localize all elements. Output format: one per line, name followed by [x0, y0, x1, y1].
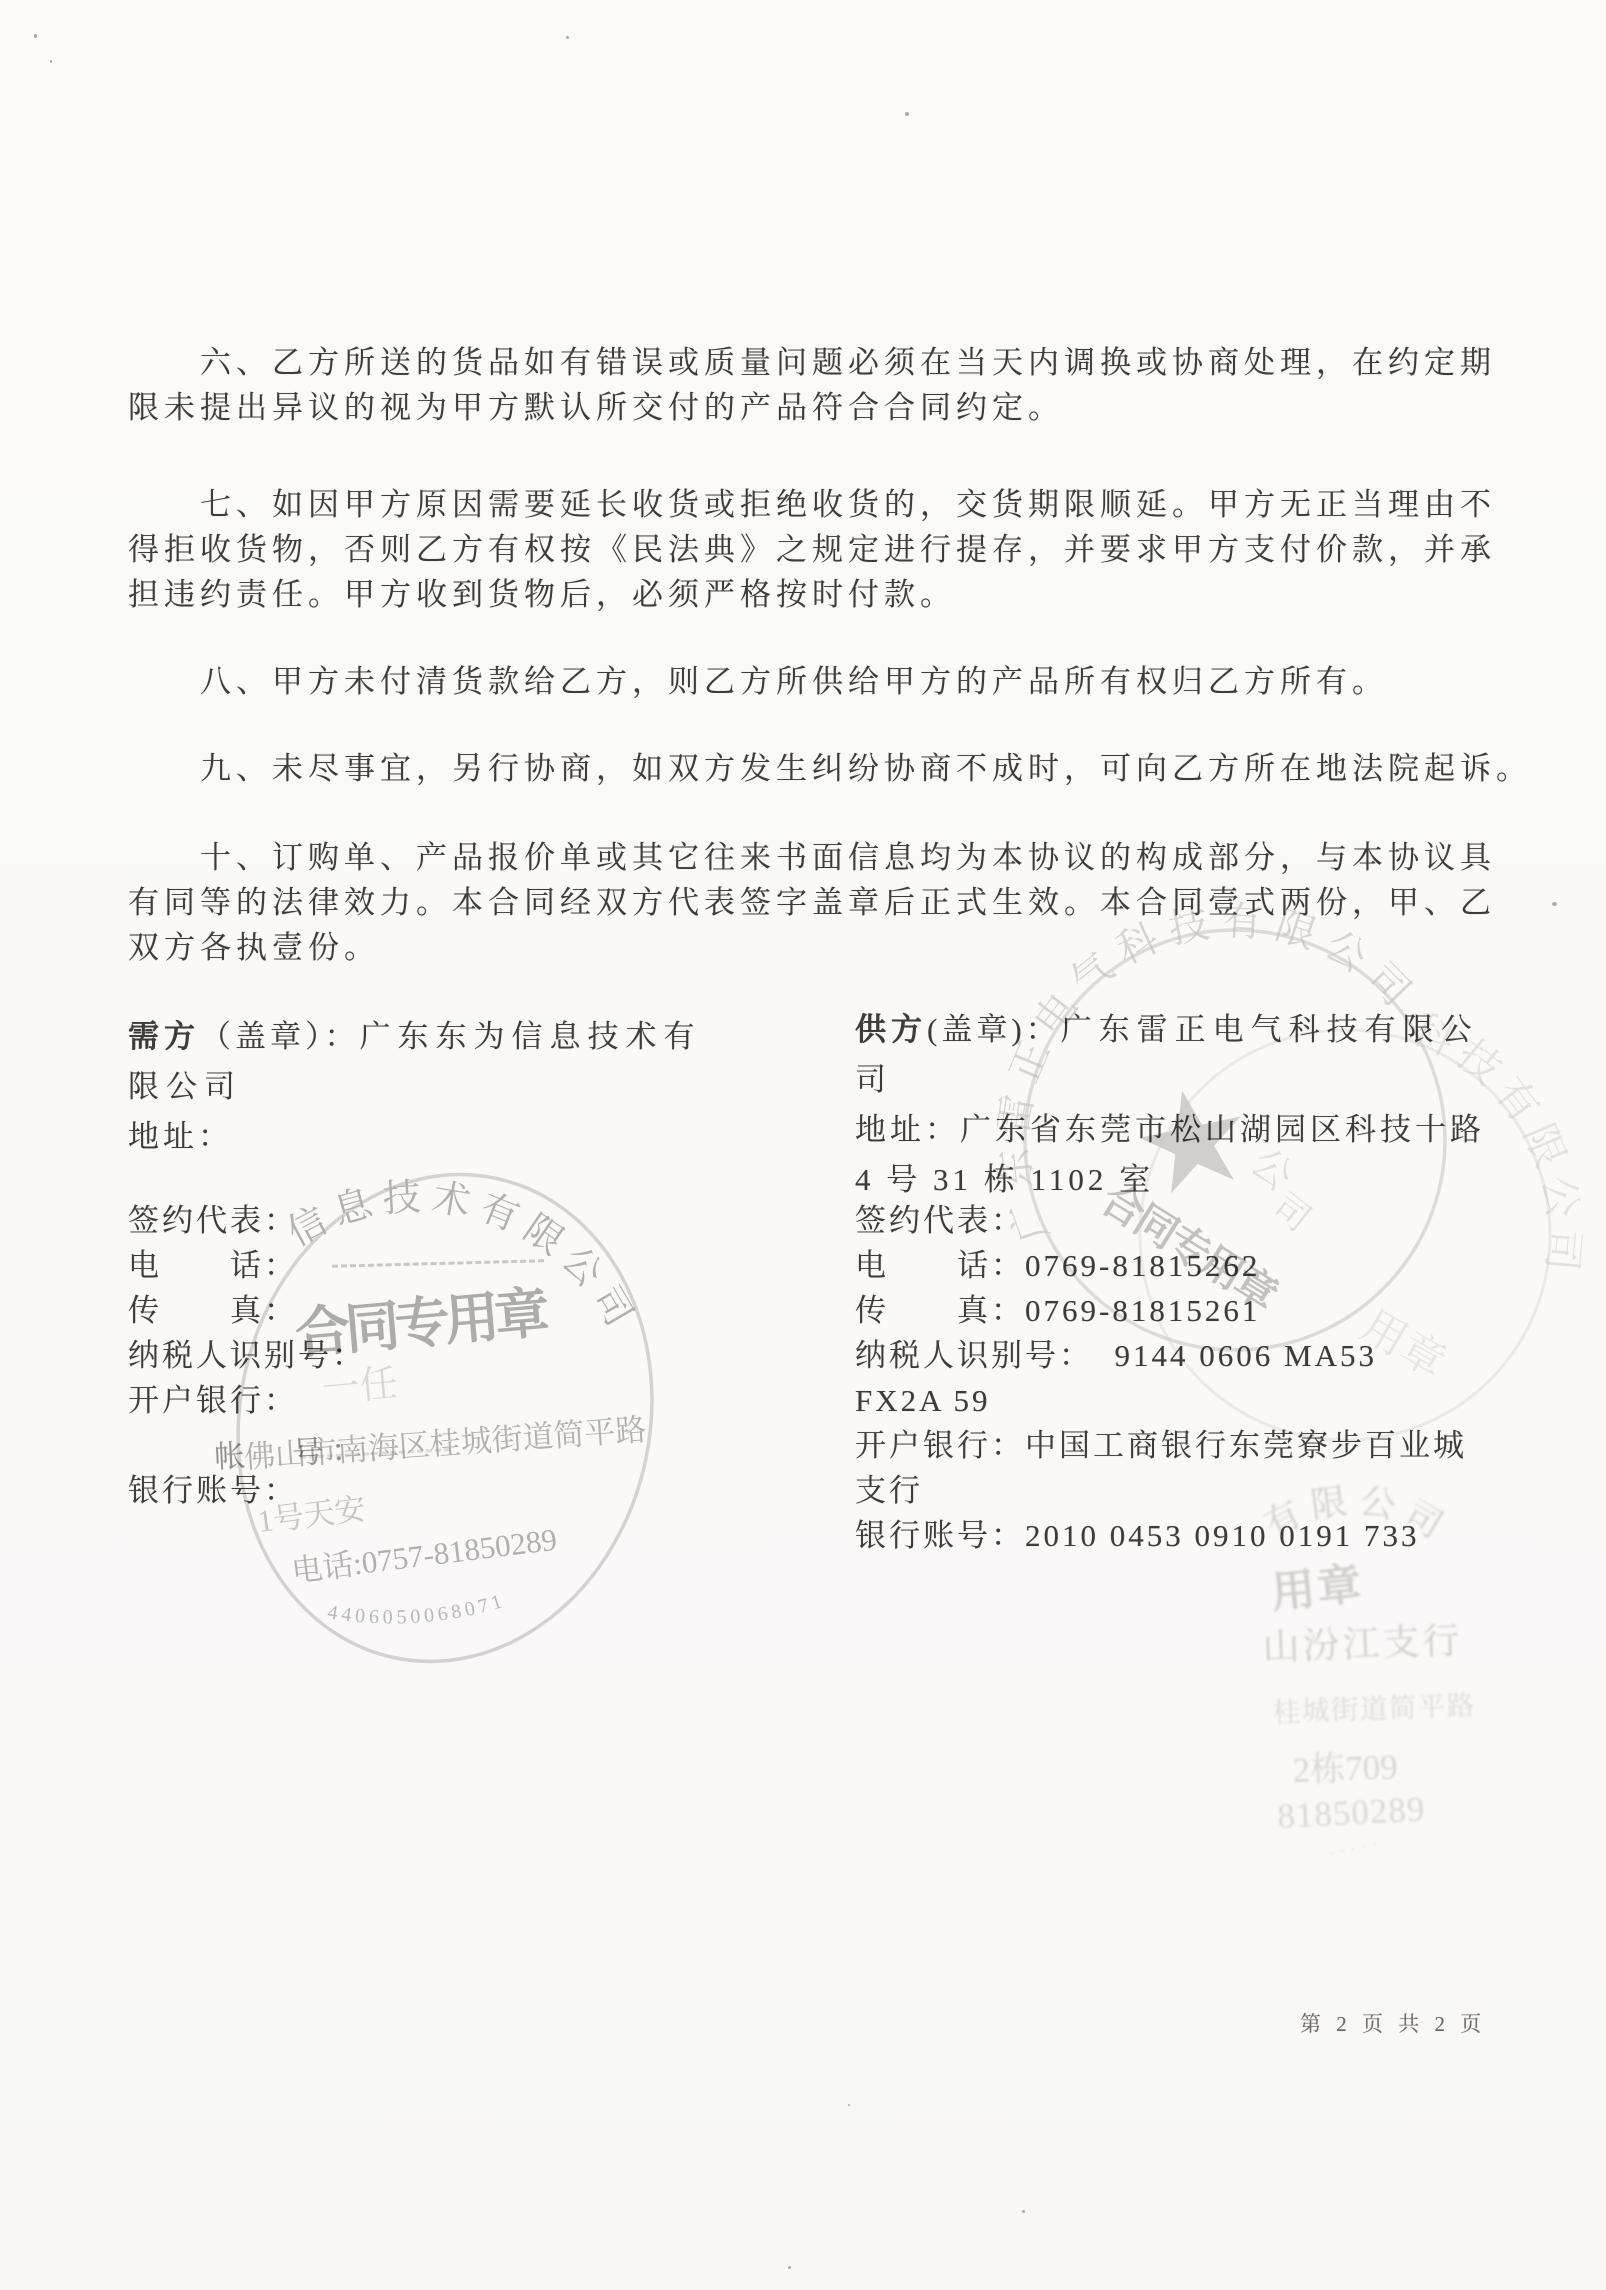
field-label: 纳税人识别号：: [128, 1338, 366, 1373]
field-row: 开户银行：中国工商银行东莞寮步百业城支行: [855, 1423, 1475, 1513]
scan-speck: [1552, 902, 1557, 906]
field-row: 传 真：0769-81815261: [855, 1288, 1475, 1333]
field-row: 电 话：0769-81815262: [855, 1243, 1475, 1288]
field-value: 0769-81815262: [1025, 1248, 1260, 1283]
field-value: 广东省东莞市松山湖园区科技十路: [960, 1112, 1485, 1147]
stamp-phone-line: 电话:0757-81850289: [290, 1522, 559, 1589]
field-value: 2010 0453 0910 0191 733: [1025, 1518, 1420, 1553]
clause-paragraph: 九、未尽事宜，另行协商，如双方发生纠纷协商不成时，可向乙方所在地法院起诉。: [128, 746, 1499, 791]
stamp-dots: ·····: [1327, 1833, 1385, 1864]
scan-speck: [848, 2104, 850, 2106]
field-row: 电 话：: [128, 1243, 748, 1288]
buyer-title-line: 需方（盖章）：广东东为信息技术有限公司: [128, 1012, 728, 1112]
field-label: 纳税人识别号：: [855, 1338, 1093, 1373]
field-row: 签约代表：: [128, 1198, 748, 1243]
stamp-label-fragment: 用章: [1269, 1559, 1366, 1618]
stamp-branch-name: 山汾江支行: [1262, 1620, 1463, 1669]
field-label: 电 话：: [855, 1248, 1025, 1283]
field-label: 传 真：: [128, 1293, 298, 1328]
stamp-number-line: 81850289: [1276, 1789, 1426, 1836]
svg-text:4406050068071: 4406050068071: [326, 1589, 508, 1628]
field-row: 纳税人识别号：: [128, 1333, 748, 1378]
scan-speck: [34, 34, 37, 38]
supplier-fields: 签约代表： 电 话：0769-81815262 传 真：0769-8181526…: [855, 1198, 1475, 1558]
buyer-seal-label: （盖章）：: [200, 1019, 360, 1054]
supplier-title: 供方: [855, 1012, 927, 1047]
field-label: 传 真：: [855, 1293, 1025, 1328]
field-label: 地址：: [855, 1112, 960, 1147]
supplier-section-header: 供方(盖章)：广东雷正电气科技有限公司 地址：广东省东莞市松山湖园区科技十路 4…: [855, 1005, 1515, 1205]
field-value: 0769-81815261: [1025, 1293, 1260, 1328]
field-label: 地址：: [128, 1119, 233, 1154]
contract-clauses: 六、乙方所送的货品如有错误或质量问题必须在当天内调换或协商处理，在约定期限未提出…: [128, 340, 1499, 970]
field-row: 签约代表：: [855, 1198, 1475, 1243]
field-label: 电 话：: [128, 1248, 298, 1283]
buyer-fields: 签约代表： 电 话： 传 真： 纳税人识别号： 开户银行： 帐 号： 银行账号：: [128, 1198, 748, 1513]
field-label: 银行账号：: [855, 1518, 1025, 1553]
scan-speck: [566, 36, 569, 39]
supplier-title-line: 供方(盖章)：广东雷正电气科技有限公司: [855, 1005, 1515, 1105]
stamp-street-line: 桂城街道简平路: [1272, 1690, 1476, 1729]
field-row: 纳税人识别号： 9144 0606 MA53 FX2A 59: [855, 1333, 1475, 1423]
clause-paragraph: 七、如因甲方原因需要延长收货或拒绝收货的，交货期限顺延。甲方无正当理由不得拒收货…: [128, 482, 1499, 617]
field-row: 传 真：: [128, 1288, 748, 1333]
supplier-address-line: 地址：广东省东莞市松山湖园区科技十路: [855, 1105, 1515, 1155]
buyer-section-header: 需方（盖章）：广东东为信息技术有限公司 地址：: [128, 1012, 728, 1162]
scan-speck: [788, 2266, 791, 2269]
field-row: 银行账号：2010 0453 0910 0191 733: [855, 1513, 1475, 1558]
scan-speck: [1022, 2210, 1025, 2213]
scan-speck: [50, 60, 52, 63]
stamp-code-arc: 4406050068071: [326, 1589, 508, 1628]
field-label: 开户银行：: [855, 1428, 1025, 1463]
page-number: 第 2 页 共 2 页: [1300, 2008, 1486, 2038]
scan-speck: [905, 112, 909, 116]
field-value: 4 号 31 栋 1102 室: [855, 1162, 1154, 1197]
clause-paragraph: 六、乙方所送的货品如有错误或质量问题必须在当天内调换或协商处理，在约定期限未提出…: [128, 340, 1499, 430]
field-label: 开户银行：: [128, 1383, 298, 1418]
field-label: 签约代表：: [128, 1203, 298, 1238]
clause-paragraph: 十、订购单、产品报价单或其它往来书面信息均为本协议的构成部分，与本协议具有同等的…: [128, 835, 1499, 970]
field-label: 签约代表：: [855, 1203, 1025, 1238]
supplier-seal-label: (盖章)：: [927, 1012, 1061, 1047]
clause-paragraph: 八、甲方未付清货款给乙方，则乙方所供给甲方的产品所有权归乙方所有。: [128, 659, 1499, 704]
scanned-contract-page: { "clauses": [ "六、乙方所送的货品如有错误或质量问题必须在当天内…: [0, 0, 1606, 2290]
stamp-building-line: 2栋709: [1292, 1747, 1398, 1790]
buyer-title: 需方: [128, 1019, 200, 1054]
buyer-address-line: 地址：: [128, 1112, 728, 1162]
